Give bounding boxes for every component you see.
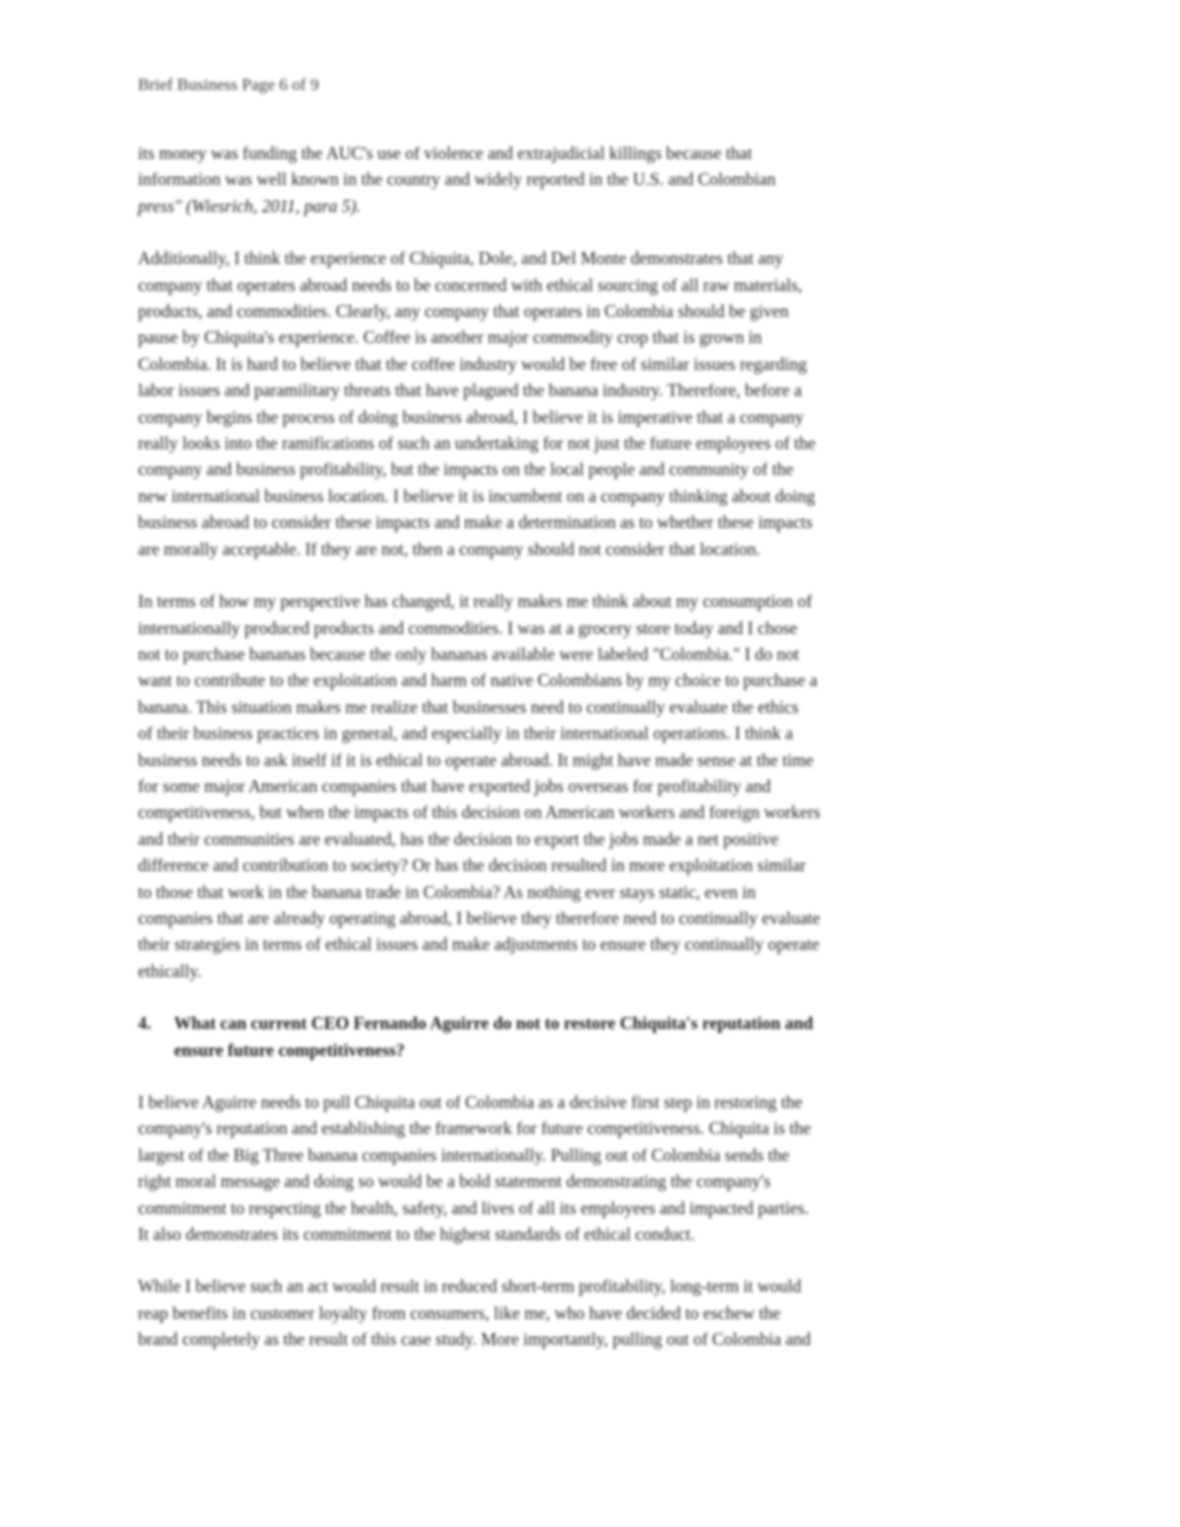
question-number: 4. — [138, 1010, 151, 1036]
text-line: really looks into the ramifications of s… — [138, 430, 1043, 456]
text-line: largest of the Big Three banana companie… — [138, 1142, 1043, 1168]
text-line: press" (Wiesrich, 2011, para 5). — [138, 193, 1043, 219]
text-line: company that operates abroad needs to be… — [138, 272, 1043, 298]
text-line: ethically. — [138, 958, 1043, 984]
text-line: company and business profitability, but … — [138, 456, 1043, 482]
text-line: I believe Aguirre needs to pull Chiquita… — [138, 1089, 1043, 1115]
paragraph-2: Additionally, I think the experience of … — [138, 245, 1043, 562]
text-line: difference and contribution to society? … — [138, 852, 1043, 878]
paragraph-1: its money was funding the AUC's use of v… — [138, 140, 1043, 219]
text-line: competitiveness, but when the impacts of… — [138, 799, 1043, 825]
text-line: labor issues and paramilitary threats th… — [138, 377, 1043, 403]
text-line: Additionally, I think the experience of … — [138, 245, 1043, 271]
text-line: company's reputation and establishing th… — [138, 1115, 1043, 1141]
page-header: Brief Business Page 6 of 9 — [138, 72, 319, 98]
text-line: products, and commodities. Clearly, any … — [138, 298, 1043, 324]
text-line: company begins the process of doing busi… — [138, 404, 1043, 430]
text-line: are morally acceptable. If they are not,… — [138, 536, 1043, 562]
text-line: business needs to ask itself if it is et… — [138, 747, 1043, 773]
text-line: Colombia. It is hard to believe that the… — [138, 351, 1043, 377]
text-line: It also demonstrates its commitment to t… — [138, 1221, 1043, 1247]
document-page: Brief Business Page 6 of 9 its money was… — [0, 0, 1180, 1527]
paragraph-3: In terms of how my perspective has chang… — [138, 588, 1043, 984]
text-line: information was well known in the countr… — [138, 166, 1043, 192]
text-line: of their business practices in general, … — [138, 720, 1043, 746]
text-line: new international business location. I b… — [138, 483, 1043, 509]
question-line: ensure future competitiveness? — [174, 1037, 1043, 1063]
question-line: What can current CEO Fernando Aguirre do… — [174, 1010, 1043, 1036]
text-line: In terms of how my perspective has chang… — [138, 588, 1043, 614]
text-line: pause by Chiquita's experience. Coffee i… — [138, 324, 1043, 350]
text-line: internationally produced products and co… — [138, 615, 1043, 641]
answer-paragraph-2: While I believe such an act would result… — [138, 1273, 1043, 1352]
text-line: reap benefits in customer loyalty from c… — [138, 1300, 1043, 1326]
text-line: to those that work in the banana trade i… — [138, 879, 1043, 905]
document-body: its money was funding the AUC's use of v… — [138, 140, 1043, 1379]
text-line: companies that are already operating abr… — [138, 905, 1043, 931]
question-heading: 4. What can current CEO Fernando Aguirre… — [138, 1010, 1043, 1063]
text-line: and their communities are evaluated, has… — [138, 826, 1043, 852]
text-line: not to purchase bananas because the only… — [138, 641, 1043, 667]
text-line: for some major American companies that h… — [138, 773, 1043, 799]
answer-paragraph-1: I believe Aguirre needs to pull Chiquita… — [138, 1089, 1043, 1247]
text-line: want to contribute to the exploitation a… — [138, 667, 1043, 693]
text-line: commitment to respecting the health, saf… — [138, 1195, 1043, 1221]
text-line: right moral message and doing so would b… — [138, 1168, 1043, 1194]
text-line: While I believe such an act would result… — [138, 1273, 1043, 1299]
text-line: brand completely as the result of this c… — [138, 1326, 1043, 1352]
text-line: banana. This situation makes me realize … — [138, 694, 1043, 720]
text-line: its money was funding the AUC's use of v… — [138, 140, 1043, 166]
text-line: their strategies in terms of ethical iss… — [138, 931, 1043, 957]
text-line: business abroad to consider these impact… — [138, 509, 1043, 535]
